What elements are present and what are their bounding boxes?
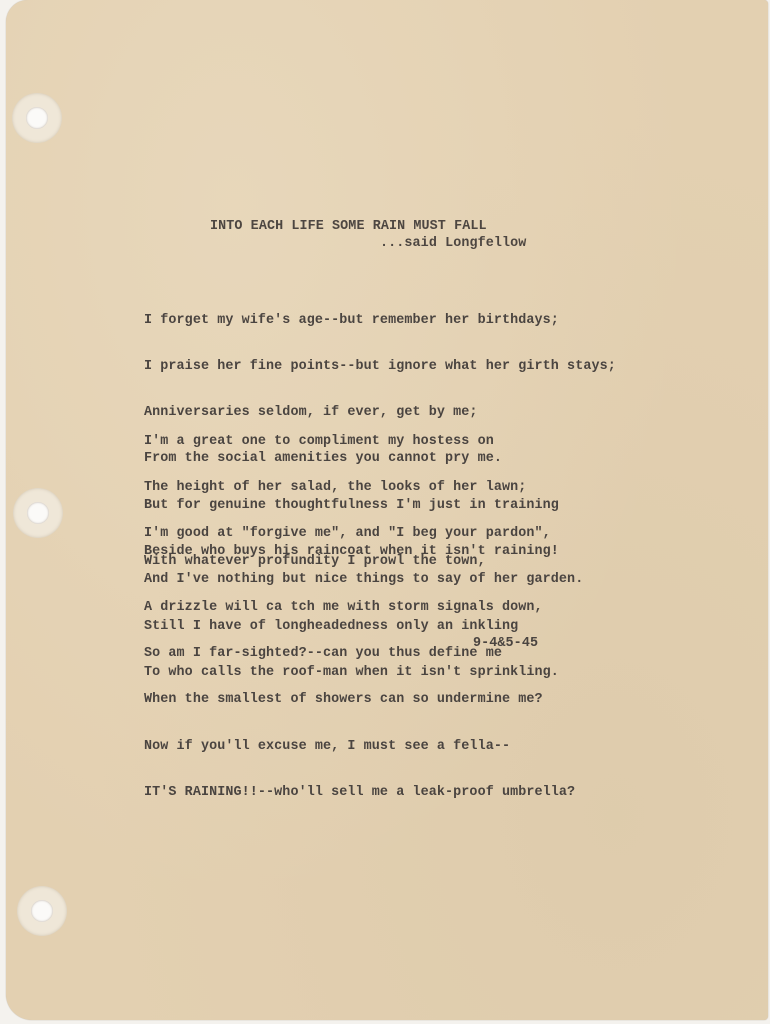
poem-line: IT'S RAINING!!--who'll sell me a leak-pr…	[144, 785, 575, 800]
poem-date: 9-4&5-45	[473, 636, 538, 651]
poem-line: I'm a great one to compliment my hostess…	[144, 434, 583, 449]
poem-line: When the smallest of showers can so unde…	[144, 692, 575, 707]
poem-attribution: ...said Longfellow	[380, 236, 526, 251]
poem-line: Now if you'll excuse me, I must see a fe…	[144, 739, 575, 754]
poem-title: INTO EACH LIFE SOME RAIN MUST FALL	[210, 219, 487, 234]
punch-hole-bottom	[17, 886, 67, 936]
punch-hole-top	[12, 93, 62, 143]
poem-line: I praise her fine points--but ignore wha…	[144, 359, 616, 374]
poem-line: With whatever profundity I prowl the tow…	[144, 554, 575, 569]
poem-line: I forget my wife's age--but remember her…	[144, 313, 616, 328]
stanza-3: With whatever profundity I prowl the tow…	[144, 523, 575, 816]
punch-hole-middle	[13, 488, 63, 538]
poem-line: A drizzle will ca tch me with storm sign…	[144, 600, 575, 615]
poem-line: The height of her salad, the looks of he…	[144, 480, 583, 495]
